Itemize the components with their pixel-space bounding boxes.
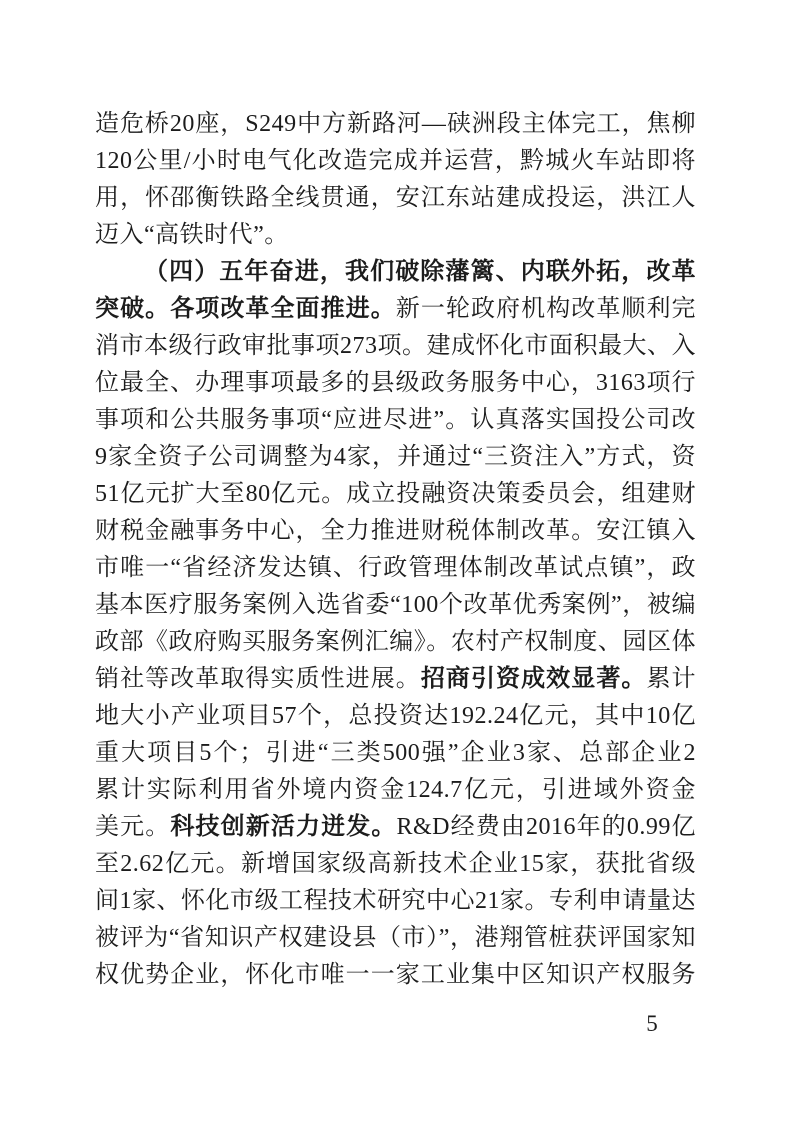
- bold-text-segment: 科技创新活力迸发。: [170, 814, 396, 840]
- text-line: 位最全、办理事项最多的县级政务服务中心，3163项行政审批: [95, 365, 696, 402]
- text-line: 9家全资子公司调整为4家，并通过“三资注入”方式，资产由: [95, 439, 696, 476]
- bold-text-segment: 招商引资成效显著。: [421, 666, 647, 692]
- text-segment: 财税金融事务中心，全力推进财税体制改革。安江镇入选怀化: [95, 518, 696, 550]
- text-segment: 120公里/小时电气化改造完成并运营，黔城火车站即将投入使: [95, 148, 696, 180]
- text-line: 销社等改革取得实质性进展。招商引资成效显著。累计签约落: [95, 661, 696, 698]
- text-line: 基本医疗服务案例入选省委“100个改革优秀案例”，被编入财: [95, 587, 696, 624]
- text-line: （四）五年奋进，我们破除藩篱、内联外拓，改革开放纵深: [95, 254, 696, 291]
- text-segment: 间1家、怀化市级工程技术研究中心21家。专利申请量达312件，: [95, 888, 696, 920]
- bold-text-segment: （四）五年奋进，我们破除藩篱、内联外拓，改革开放纵深: [144, 259, 696, 291]
- text-segment: 消市本级行政审批事项273项。建成怀化市面积最大、入驻单: [95, 333, 696, 365]
- text-line: 美元。科技创新活力迸发。R&D经费由2016年的0.99亿元增加: [95, 809, 696, 846]
- text-line: 造危桥20座，S249中方新路河—硖洲段主体完工，焦柳铁路: [95, 106, 696, 143]
- text-line: 权优势企业，怀化市唯一一家工业集中区知识产权服务分中心: [95, 957, 696, 994]
- text-segment: 51亿元扩大至80亿元。成立投融资决策委员会，组建财源办、: [95, 481, 696, 513]
- document-page: 造危桥20座，S249中方新路河—硖洲段主体完工，焦柳铁路120公里/小时电气化…: [0, 0, 793, 1122]
- text-line: 政部《政府购买服务案例汇编》。农村产权制度、园区体制、供: [95, 624, 696, 661]
- page-number: 5: [637, 1008, 667, 1040]
- text-line: 消市本级行政审批事项273项。建成怀化市面积最大、入驻单: [95, 328, 696, 365]
- text-line: 突破。各项改革全面推进。新一轮政府机构改革顺利完成，取: [95, 291, 696, 328]
- text-segment: 权优势企业，怀化市唯一一家工业集中区知识产权服务分中心: [95, 962, 696, 994]
- text-line: 重大项目5个；引进“三类500强”企业3家、总部企业2家。: [95, 735, 696, 772]
- text-line: 51亿元扩大至80亿元。成立投融资决策委员会，组建财源办、: [95, 476, 696, 513]
- text-segment: 9家全资子公司调整为4家，并通过“三资注入”方式，资产由: [95, 444, 696, 476]
- text-segment: 事项和公共服务事项“应进尽进”。认真落实国投公司改革，将: [95, 407, 696, 439]
- text-segment: 用，怀邵衡铁路全线贯通，安江东站建成投运，洪江人民正式: [95, 185, 696, 217]
- text-line: 间1家、怀化市级工程技术研究中心21家。专利申请量达312件，: [95, 883, 696, 920]
- text-segment: 被评为“省知识产权建设县（市）”，港翔管桩获评国家知识产: [95, 925, 696, 957]
- text-segment: 基本医疗服务案例入选省委“100个改革优秀案例”，被编入财: [95, 592, 696, 624]
- text-line: 事项和公共服务事项“应进尽进”。认真落实国投公司改革，将: [95, 402, 696, 439]
- bold-text-segment: 突破。各项改革全面推进。: [95, 296, 396, 322]
- text-line: 累计实际利用省外境内资金124.7亿元，引进域外资金3996万: [95, 772, 696, 809]
- text-line: 地大小产业项目57个，总投资达192.24亿元，其中10亿元以上: [95, 698, 696, 735]
- text-line: 被评为“省知识产权建设县（市）”，港翔管桩获评国家知识产: [95, 920, 696, 957]
- text-segment: 位最全、办理事项最多的县级政务服务中心，3163项行政审批: [95, 370, 696, 402]
- text-segment: 地大小产业项目57个，总投资达192.24亿元，其中10亿元以上: [95, 703, 696, 735]
- text-segment: 累计实际利用省外境内资金124.7亿元，引进域外资金3996万: [95, 777, 696, 809]
- text-segment: 市唯一“省经济发达镇、行政管理体制改革试点镇”，政府购买: [95, 555, 696, 587]
- text-segment: 美元。: [95, 814, 170, 840]
- text-segment: 重大项目5个；引进“三类500强”企业3家、总部企业2家。: [95, 740, 696, 772]
- text-segment: 迈入“高铁时代”。: [95, 222, 289, 248]
- text-segment: 至2.62亿元。新增国家级高新技术企业15家，获批省级众创空: [95, 851, 696, 883]
- text-segment: 政部《政府购买服务案例汇编》。农村产权制度、园区体制、供: [95, 629, 696, 661]
- text-segment: 造危桥20座，S249中方新路河—硖洲段主体完工，焦柳铁路: [95, 111, 696, 143]
- text-line: 120公里/小时电气化改造完成并运营，黔城火车站即将投入使: [95, 143, 696, 180]
- text-line: 市唯一“省经济发达镇、行政管理体制改革试点镇”，政府购买: [95, 550, 696, 587]
- document-body: 造危桥20座，S249中方新路河—硖洲段主体完工，焦柳铁路120公里/小时电气化…: [95, 106, 696, 994]
- text-segment: 销社等改革取得实质性进展。: [95, 666, 421, 692]
- text-line: 迈入“高铁时代”。: [95, 217, 696, 254]
- text-line: 用，怀邵衡铁路全线贯通，安江东站建成投运，洪江人民正式: [95, 180, 696, 217]
- text-line: 至2.62亿元。新增国家级高新技术企业15家，获批省级众创空: [95, 846, 696, 883]
- text-line: 财税金融事务中心，全力推进财税体制改革。安江镇入选怀化: [95, 513, 696, 550]
